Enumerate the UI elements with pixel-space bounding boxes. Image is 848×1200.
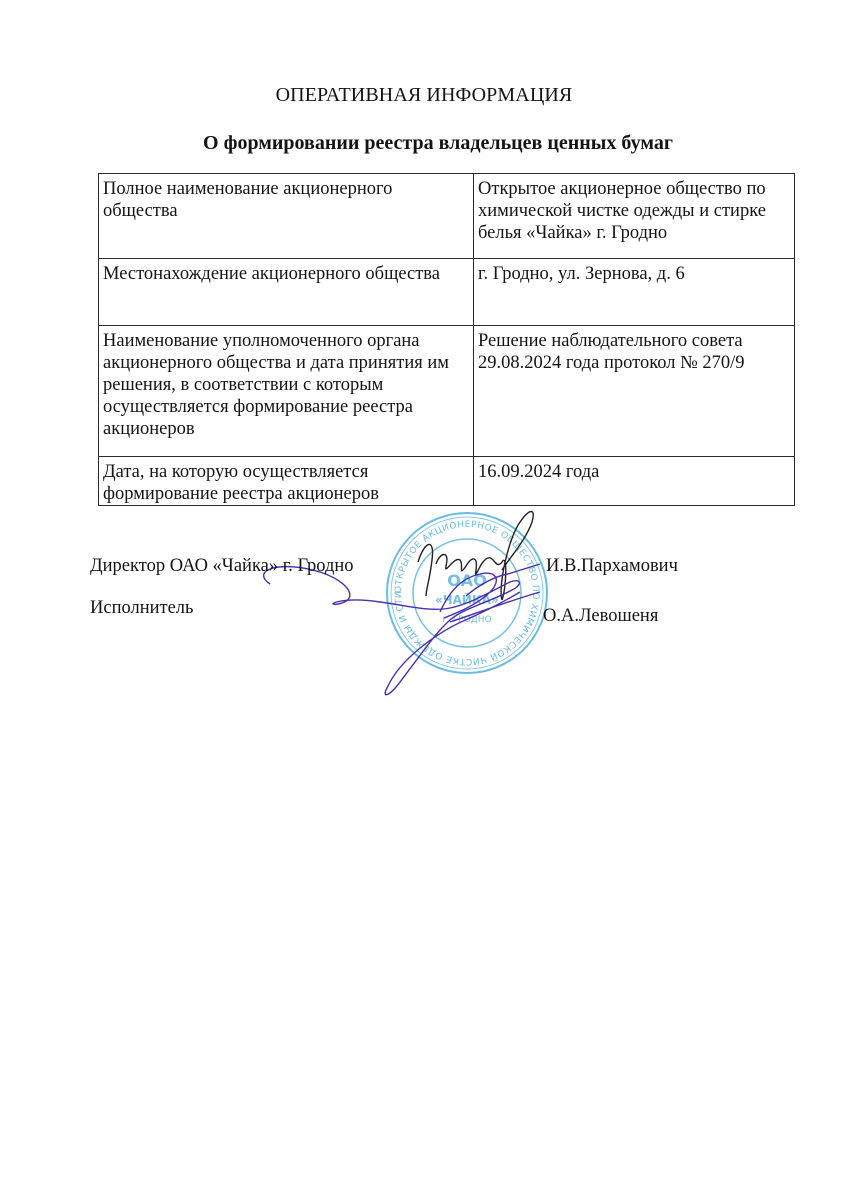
row-value: Открытое акционерное общество по химичес…	[474, 174, 795, 259]
table-row: Наименование уполномоченного органа акци…	[99, 326, 795, 457]
table-row: Полное наименование акционерного обществ…	[99, 174, 795, 259]
director-title: Директор ОАО «Чайка» г. Гродно	[90, 556, 354, 577]
row-label: Наименование уполномоченного органа акци…	[99, 326, 474, 457]
row-value: Решение наблюдательного совета 29.08.202…	[474, 326, 795, 457]
row-value: 16.09.2024 года	[474, 457, 795, 506]
executor-title: Исполнитель	[90, 598, 193, 619]
info-table: Полное наименование акционерного обществ…	[98, 173, 795, 506]
table-row: Местонахождение акционерного общества г.…	[99, 259, 795, 326]
table-row: Дата, на которую осуществляется формиров…	[99, 457, 795, 506]
row-label: Местонахождение акционерного общества	[99, 259, 474, 326]
executor-name: О.А.Левошеня	[543, 606, 658, 627]
row-label: Полное наименование акционерного обществ…	[99, 174, 474, 259]
row-value: г. Гродно, ул. Зернова, д. 6	[474, 259, 795, 326]
document-subtitle: О формировании реестра владельцев ценных…	[14, 132, 848, 155]
document-title: ОПЕРАТИВНАЯ ИНФОРМАЦИЯ	[0, 84, 848, 107]
row-label: Дата, на которую осуществляется формиров…	[99, 457, 474, 506]
signature-icon	[240, 500, 600, 710]
director-name: И.В.Пархамович	[546, 556, 678, 577]
